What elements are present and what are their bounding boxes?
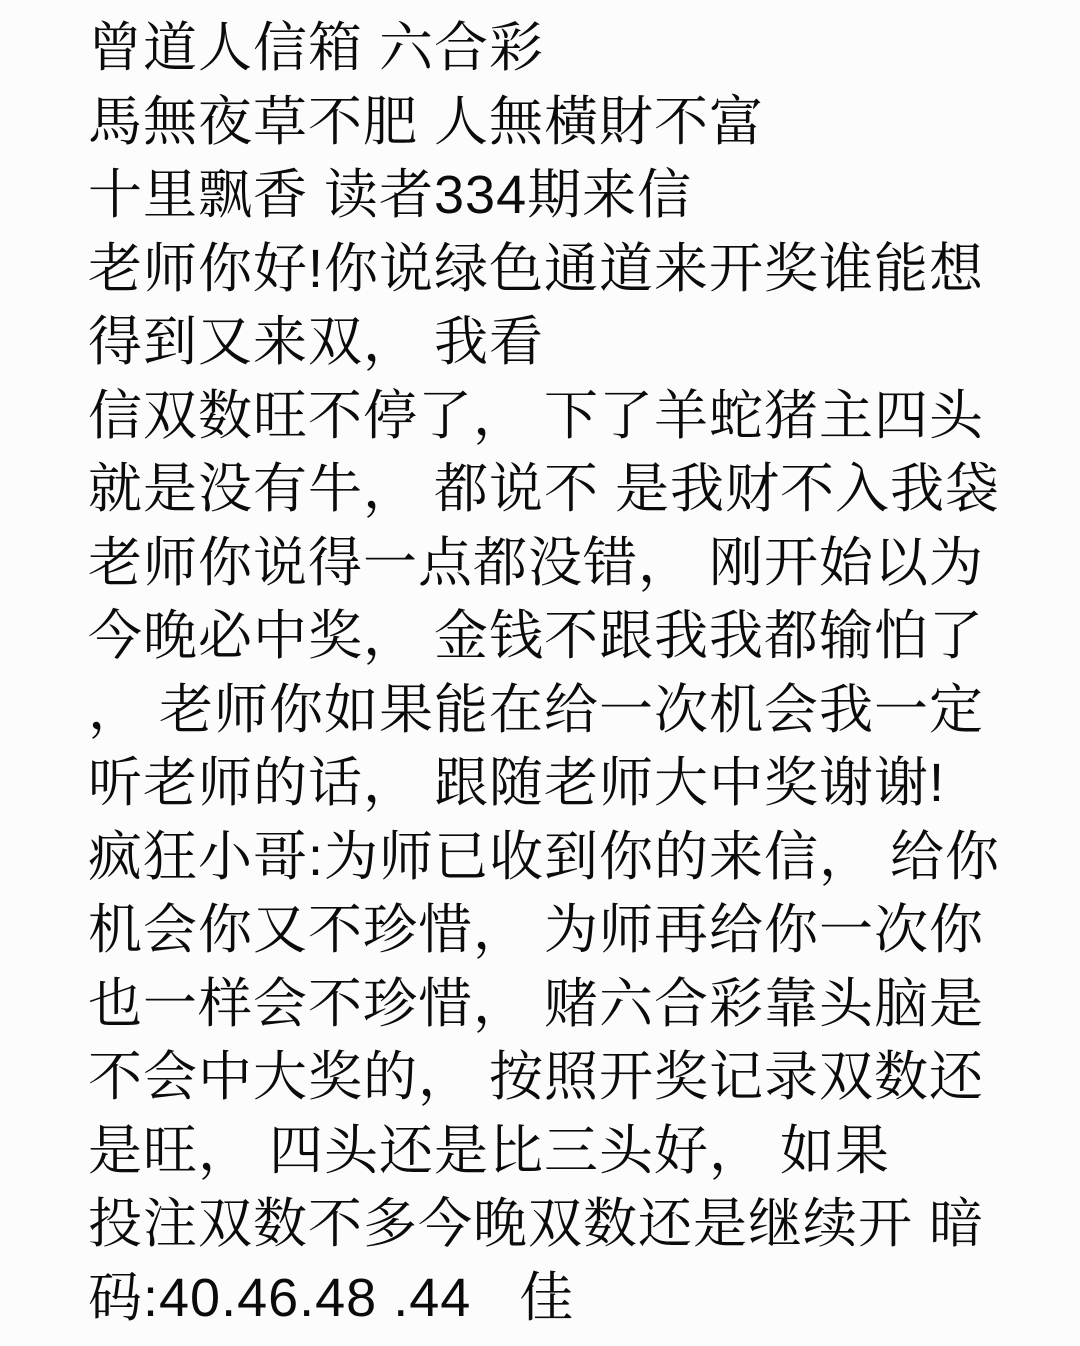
- reply-line: 是旺， 四头还是比三头好， 如果: [88, 1115, 1072, 1189]
- reader-letter-line: ， 老师你如果能在给一次机会我一定: [88, 674, 1072, 748]
- masthead-title: 曾道人信箱 六合彩: [88, 12, 1072, 86]
- reply-line: 疯狂小哥:为师已收到你的来信， 给你: [88, 821, 1072, 895]
- reply-line: 投注双数不多今晚双数还是继续开 暗: [88, 1188, 1072, 1262]
- letter-page: 曾道人信箱 六合彩 馬無夜草不肥 人無橫財不富 十里飘香 读者334期来信 老师…: [0, 0, 1080, 1346]
- reply-line: 不会中大奖的， 按照开奖记录双数还: [88, 1041, 1072, 1115]
- reader-letter-line: 听老师的话， 跟随老师大中奖谢谢!: [88, 747, 1072, 821]
- reply-line: 机会你又不珍惜， 为师再给你一次你: [88, 894, 1072, 968]
- reader-letter-line: 老师你好!你说绿色通道来开奖谁能想: [88, 233, 1072, 307]
- masthead: 曾道人信箱 六合彩 馬無夜草不肥 人無橫財不富 十里飘香 读者334期来信: [88, 12, 1072, 233]
- reader-letter-line: 得到又来双， 我看: [88, 306, 1072, 380]
- reply-line: 也一样会不珍惜， 赌六合彩靠头脑是: [88, 968, 1072, 1042]
- masthead-issue: 十里飘香 读者334期来信: [88, 159, 1072, 233]
- reader-letter-line: 就是没有牛， 都说不 是我财不入我袋: [88, 453, 1072, 527]
- reader-letter-line: 信双数旺不停了， 下了羊蛇猪主四头: [88, 380, 1072, 454]
- reader-letter: 老师你好!你说绿色通道来开奖谁能想 得到又来双， 我看 信双数旺不停了， 下了羊…: [88, 233, 1072, 821]
- master-reply: 疯狂小哥:为师已收到你的来信， 给你 机会你又不珍惜， 为师再给你一次你 也一样…: [88, 821, 1072, 1336]
- reader-letter-line: 老师你说得一点都没错， 刚开始以为: [88, 527, 1072, 601]
- reader-letter-line: 今晚必中奖， 金钱不跟我我都输怕了: [88, 600, 1072, 674]
- masthead-motto: 馬無夜草不肥 人無橫財不富: [88, 86, 1072, 160]
- reply-line secret-code-line: 码:40.46.48 .44 佳: [88, 1262, 1072, 1336]
